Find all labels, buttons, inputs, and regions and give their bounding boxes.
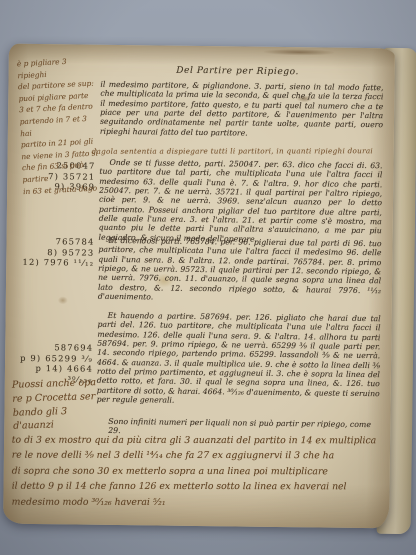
handwritten-line: medesimo modo ³⁰⁄₁₂₆ haverai ⁵⁄₂₁ (12, 494, 384, 510)
handwritten-line: to di 3 ex mostro qui da più citra gli 3… (12, 433, 384, 449)
margin-calc-line: p 9) 65299 ³⁄₉ (11, 352, 93, 364)
handwritten-interline-note: dagola sententia a dispiegare tutti li p… (92, 146, 388, 156)
paper-stain (58, 296, 68, 304)
handwritten-line: re le nove delli ³⁄₉ nel 3 delli ¹⁴⁄₁₄ c… (12, 448, 384, 464)
paragraph-3: Et dicendosi parti. 765784. per. 96. pig… (98, 236, 382, 305)
handwritten-note-bottom: to di 3 ex mostro qui da più citra gli 3… (12, 433, 384, 511)
margin-division-example-2: 765784 8) 95723 12) 7976 ¹¹⁄₁₂ (12, 236, 94, 269)
handwritten-marginalia-mid-left: Puossi anche opa re p Crocetta ser bando… (12, 376, 106, 434)
paragraph-4: Et hauendo a partire. 587694. per. 126. … (97, 311, 381, 408)
handwritten-line: il detto 9 p il 14 che fanno 126 ex mett… (12, 479, 384, 495)
edge-stain (264, 49, 334, 56)
handwritten-line: bando gli 3 d'auanzi (13, 403, 106, 433)
handwritten-line: di sopra che sono 30 ex metterlo sopra a… (12, 463, 384, 479)
photo-background: Del Partire per Ripiego. il medesimo par… (0, 0, 416, 555)
book-page: Del Partire per Ripiego. il medesimo par… (3, 44, 395, 529)
paragraph-1: il medesimo partitore, & pigliandone. 3.… (100, 80, 384, 140)
page-title: Del Partire per Ripiego. (97, 65, 379, 78)
handwritten-marginalia-top-left: è p pigliare 3 ripieghi del partitore se… (17, 54, 104, 197)
margin-calc-line: 12) 7976 ¹¹⁄₁₂ (12, 257, 94, 269)
paragraph-2: Onde se ti fusse detto, parti. 250047. p… (99, 158, 383, 246)
handwritten-line: re p Crocetta ser (12, 390, 104, 407)
